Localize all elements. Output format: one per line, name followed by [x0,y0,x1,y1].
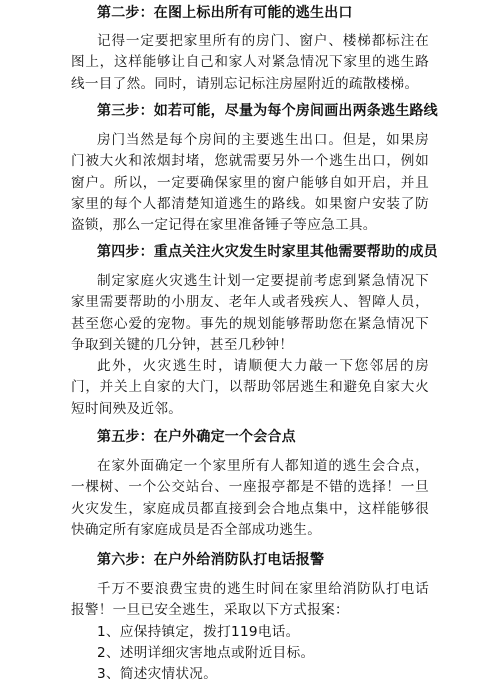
section-paragraph: 此外，火灾逃生时，请顺便大力敲一下您邻居的房门，并关上自家的大门，以帮助邻居逃生… [71,356,429,420]
section-paragraph: 千万不要浪费宝贵的逃生时间在家里给消防队打电话报警！一旦已安全逃生，采取以下方式… [71,579,429,622]
section-paragraph: 在家外面确定一个家里所有人都知道的逃生会合点，一棵树、一个公交站台、一座报亭都是… [71,456,429,541]
section-heading-step-5: 第五步：在户外确定一个会合点 [71,427,429,447]
section-paragraph: 房门当然是每个房间的主要逃生出口。但是，如果房门被大火和浓烟封堵，您就需要另外一… [71,130,429,236]
section-paragraph: 制定家庭火灾逃生计划一定要提前考虑到紧急情况下家里需要帮助的小朋友、老年人或者残… [71,271,429,356]
section-heading-step-6: 第六步：在户外给消防队打电话报警 [71,550,429,570]
section-heading-step-2: 第二步：在图上标出所有可能的逃生出口 [71,3,429,23]
list-item: 1、应保持镇定，拨打119电话。 [71,622,429,643]
list-item: 2、述明详细灾害地点或附近目标。 [71,643,429,664]
section-heading-step-4: 第四步：重点关注火灾发生时家里其他需要帮助的成员 [71,242,429,262]
section-paragraph: 记得一定要把家里所有的房门、窗户、楼梯都标注在图上，这样能够让自己和家人对紧急情… [71,31,429,95]
list-item: 3、简述灾情状况。 [71,664,429,685]
section-heading-step-3: 第三步：如若可能，尽量为每个房间画出两条逃生路线 [71,101,429,121]
